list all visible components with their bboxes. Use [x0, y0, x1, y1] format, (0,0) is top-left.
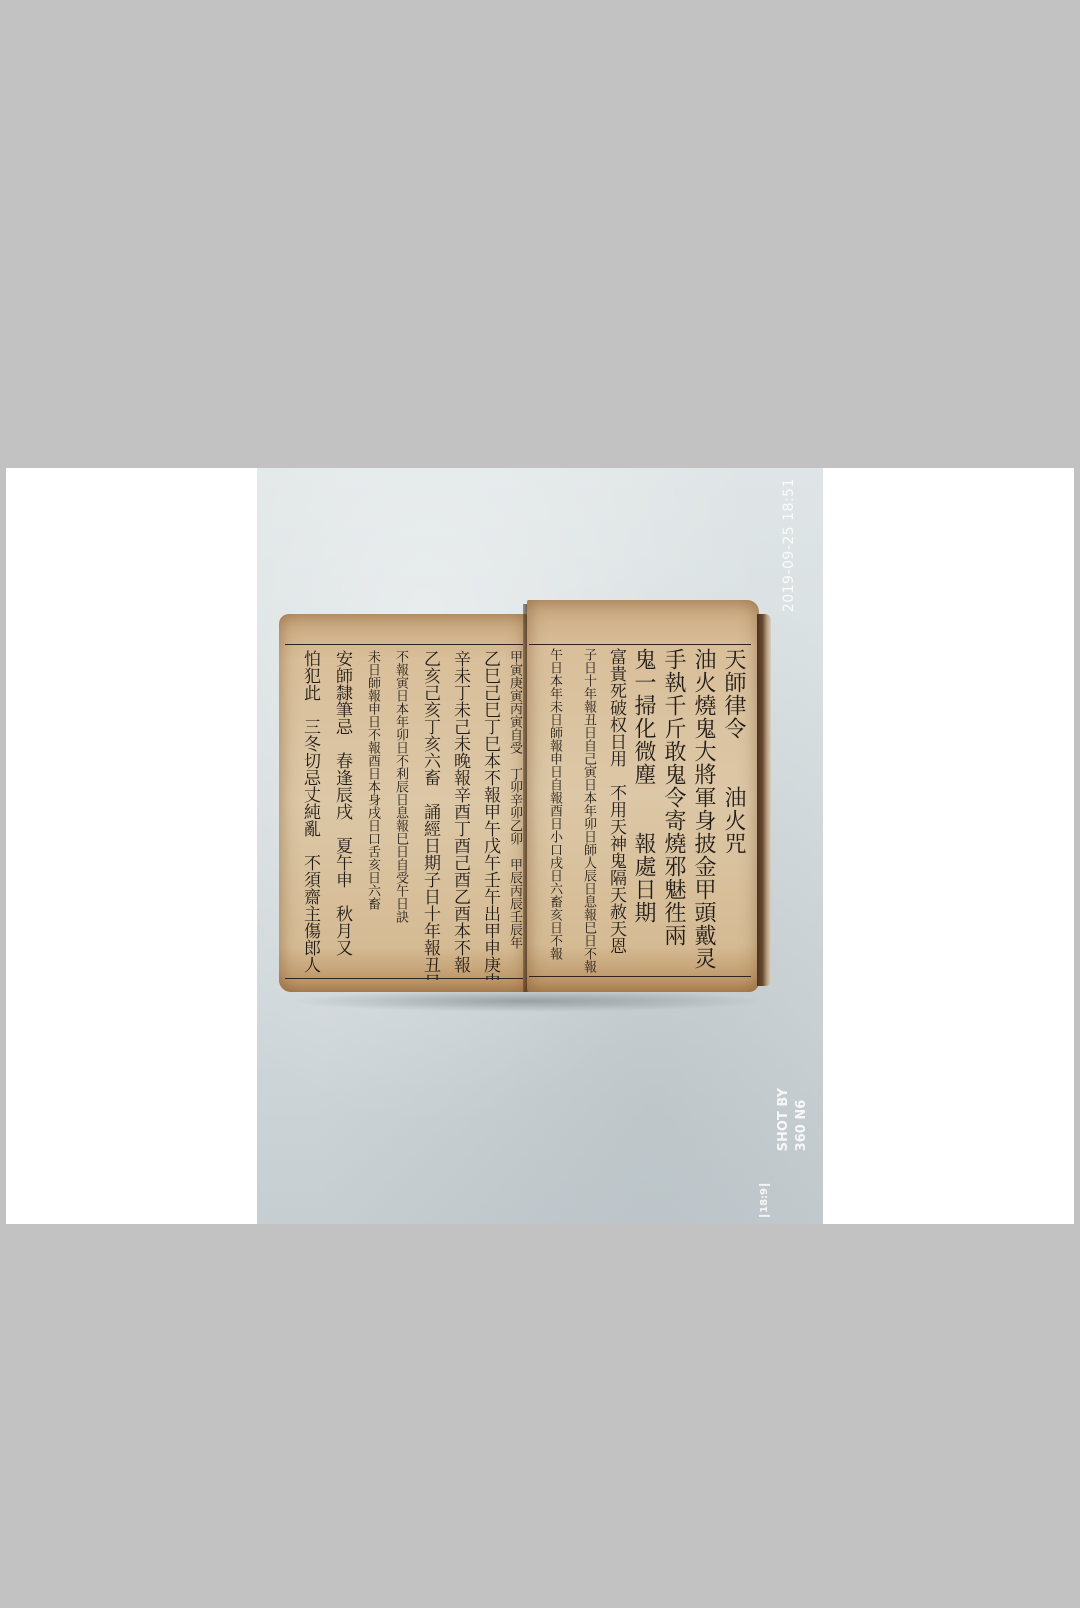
- text-column: 甲寅庚寅丙寅自受 丁卯辛卯乙卯 甲辰丙辰壬辰年: [501, 650, 523, 980]
- top-border-rule: [529, 644, 751, 645]
- title-column: 天師律令 油火咒: [717, 648, 747, 978]
- left-page-text: 甲寅庚寅丙寅自受 丁卯辛卯乙卯 甲辰丙辰壬辰年 乙巳己巳丁巳本不報甲午戊午壬午出…: [283, 650, 523, 980]
- page-stack-edge: [757, 614, 771, 986]
- text-column: 手執千斤敢鬼令寄燒邪魅徃兩: [657, 648, 687, 978]
- text-column: 富貴死破权日用 不用天神鬼隔天赦天恩: [597, 648, 627, 978]
- text-column: 油火燒鬼大將軍身披金甲頭戴灵: [687, 648, 717, 978]
- camera-watermark: SHOT BY 360 N6: [775, 1088, 811, 1151]
- top-border-rule: [285, 644, 523, 645]
- text-column: 怕犯此 三冬切忌丈純亂 不須齋主傷郎人: [289, 650, 321, 980]
- text-column: 鬼一掃化微塵 報處日期: [627, 648, 657, 978]
- watermark-line: SHOT BY: [775, 1088, 793, 1151]
- right-page: 天師律令 油火咒 油火燒鬼大將軍身披金甲頭戴灵 手執千斤敢鬼令寄燒邪魅徃兩 鬼一…: [527, 600, 759, 992]
- text-column: 未日師報申日不報酉日本身戌日口舌亥日六畜: [353, 650, 381, 980]
- open-book: 甲寅庚寅丙寅自受 丁卯辛卯乙卯 甲辰丙辰壬辰年 乙巳己巳丁巳本不報甲午戊午壬午出…: [279, 600, 779, 998]
- watermark-line: 360 N6: [793, 1088, 811, 1151]
- text-column: 乙亥己亥丁亥六畜 誦經日期子日十年報丑日: [409, 650, 441, 980]
- right-page-text: 天師律令 油火咒 油火燒鬼大將軍身披金甲頭戴灵 手執千斤敢鬼令寄燒邪魅徃兩 鬼一…: [529, 648, 747, 978]
- aspect-ratio-icon: 18:9: [759, 1184, 770, 1217]
- text-column: 安師隸筆忌 春逢辰戌 夏午申 秋月又: [321, 650, 353, 980]
- left-page: 甲寅庚寅丙寅自受 丁卯辛卯乙卯 甲辰丙辰壬辰年 乙巳己巳丁巳本不報甲午戊午壬午出…: [279, 614, 527, 992]
- book-shadow: [287, 990, 767, 1012]
- text-column: 辛未丁未己未晚報辛酉丁酉己酉乙酉本不報 亥戊申: [441, 650, 471, 980]
- text-column: 子日十年報丑日自己寅日本年卯日師人辰日息報巳日不報: [563, 648, 597, 978]
- text-column: 午日本年未日師報申日自報酉日小口戌日六畜亥日不報: [529, 648, 563, 978]
- datetime-watermark: 2019-09-25 18:51: [781, 478, 797, 612]
- book-photo[interactable]: 甲寅庚寅丙寅自受 丁卯辛卯乙卯 甲辰丙辰壬辰年 乙巳己巳丁巳本不報甲午戊午壬午出…: [257, 468, 823, 1224]
- text-column: 不報寅日本年卯日不利辰日息報巳日自受午日訣: [381, 650, 409, 980]
- text-column: 乙巳己巳丁巳本不報甲午戊午壬午出甲申庚申自受癸未: [471, 650, 501, 980]
